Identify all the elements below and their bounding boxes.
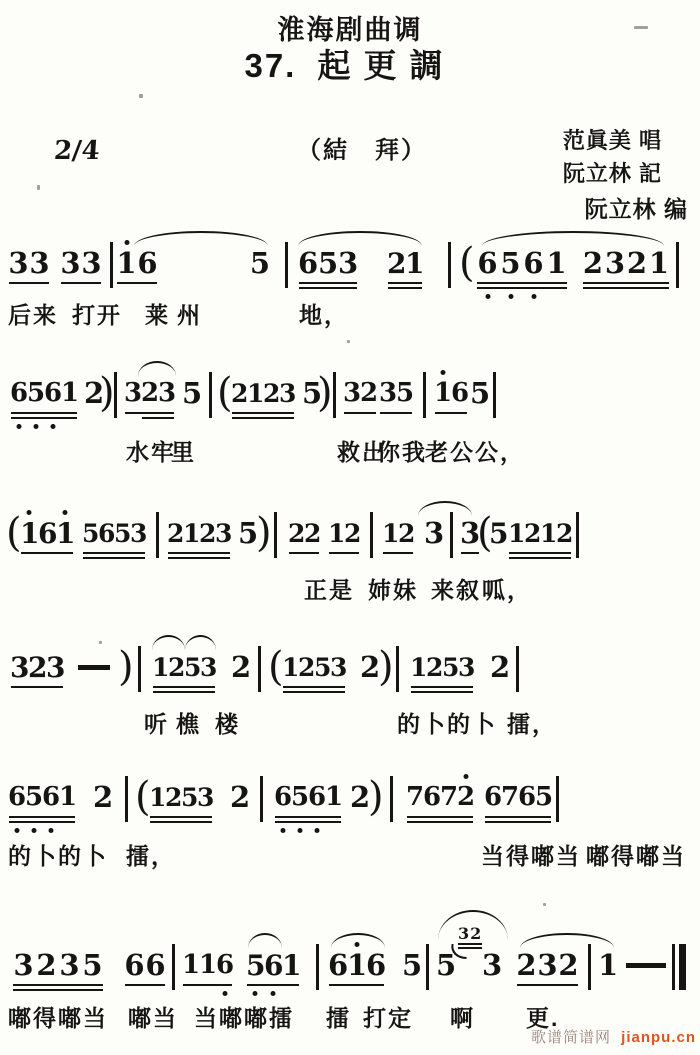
beam-underline [411, 691, 473, 694]
note-digit: 5 [82, 518, 98, 549]
beam-underline [477, 282, 567, 285]
note-digit: 3 [279, 378, 295, 409]
note-digit: 2 [231, 652, 251, 683]
beam-underline [9, 816, 75, 819]
lyric-text: 啊 [450, 1000, 475, 1033]
barline [274, 512, 277, 558]
note-group: 2 [231, 652, 251, 683]
scan-speck [37, 185, 40, 190]
low-octave-dot [16, 424, 21, 429]
barline [516, 646, 519, 692]
slur-arc [185, 635, 216, 650]
note-group: 33 [60, 248, 102, 279]
duration-dash [626, 963, 666, 968]
note-digit: 2 [360, 652, 380, 683]
note-digit: 6 [451, 378, 468, 409]
note-digit: 5 [314, 652, 330, 683]
note-digit: 2 [344, 518, 360, 549]
lyric-text: 里 [171, 434, 196, 467]
note-digit: 6 [366, 950, 385, 981]
beam-underline [485, 816, 551, 819]
note-digit: 3 [604, 248, 626, 279]
beam-underline [168, 552, 230, 555]
note-digit: 2 [231, 378, 247, 409]
note-digit: 7 [440, 782, 457, 813]
lyric-text: 你我 [377, 434, 427, 467]
note-group: 1 [598, 950, 618, 981]
note-digit: 1 [410, 652, 426, 683]
note-digit: 2 [165, 782, 181, 813]
beam-underline [485, 821, 551, 824]
note-group: 5653 [82, 518, 146, 549]
note-digit: 3 [338, 248, 358, 279]
note-digit: 3 [200, 652, 216, 683]
beam-underline [477, 287, 567, 290]
barline [333, 372, 336, 418]
barline [172, 944, 175, 990]
note-group: 3235 [12, 950, 104, 981]
note-digit: 3 [379, 378, 396, 409]
slur-arc [134, 231, 268, 246]
note-digit: 1 [282, 950, 300, 981]
note-group: 6561 [8, 782, 76, 813]
lyric-text: 当嘟嘟擂 [194, 1000, 294, 1033]
note-digit: 5 [182, 378, 202, 409]
note-digit: 3 [46, 652, 64, 683]
beam-underline [83, 557, 145, 560]
barline [114, 372, 117, 418]
phrase-parenthesis: ) [317, 371, 333, 415]
beam-underline [407, 821, 473, 824]
beam-underline [168, 557, 230, 560]
note-group: 16 [434, 378, 468, 409]
note-group: 32 [343, 378, 377, 409]
note-digit: 5 [402, 950, 422, 981]
note-digit: 6 [298, 248, 318, 279]
low-octave-dot [271, 991, 276, 996]
note-digit: 6 [145, 950, 166, 981]
note-digit: 1 [247, 378, 263, 409]
lyric-text: 公， [475, 434, 525, 467]
note-group: 561 [246, 950, 300, 981]
note-digit: 1 [152, 652, 168, 683]
note-digit: 1 [325, 782, 342, 813]
note-digit: 5 [436, 950, 456, 981]
scan-speck [139, 94, 143, 98]
beam-underline [583, 282, 669, 285]
note-group: 323 [124, 378, 175, 409]
note-group: 1212 [508, 518, 572, 549]
note-digit: 5 [184, 652, 200, 683]
lyric-text: 擂 [326, 1000, 351, 1033]
note-digit: 2 [350, 782, 370, 813]
lyric-text: 嘟得嘟当 [8, 1000, 108, 1033]
note-digit: 5 [25, 782, 42, 813]
note-digit: 2 [490, 652, 510, 683]
barline [576, 512, 579, 558]
note-digit: 3 [158, 378, 175, 409]
lyric-text: 的卜的卜 [8, 838, 108, 871]
note-digit: 5 [470, 378, 490, 409]
slur-arc [438, 910, 508, 940]
note-digit: 2 [558, 950, 579, 981]
note-digit: 5 [114, 518, 130, 549]
note-digit: 6 [124, 950, 145, 981]
note-group: 3 [482, 950, 502, 981]
note-digit: 1 [116, 248, 137, 279]
beam-underline [125, 984, 165, 987]
beam-underline [117, 282, 157, 285]
note-group: 2 [490, 652, 510, 683]
barline [588, 944, 591, 990]
note-digit: 7 [501, 782, 518, 813]
note-digit: 6 [423, 782, 440, 813]
beam-underline [380, 412, 412, 415]
lyric-text: 地， [299, 297, 349, 330]
note-digit: 6 [274, 782, 291, 813]
note-digit: 2 [304, 518, 320, 549]
note-digit: 3 [124, 378, 141, 409]
beam-underline [329, 984, 384, 987]
note-digit: 2 [141, 378, 158, 409]
barline [110, 242, 113, 288]
note-group: 2321 [582, 248, 670, 279]
phrase-parenthesis: ) [368, 775, 384, 819]
note-digit: 5 [318, 248, 338, 279]
beam-underline [9, 282, 49, 285]
low-octave-dot [222, 991, 227, 996]
note-digit: 1 [508, 518, 524, 549]
note-digit: 6 [216, 950, 233, 981]
lyric-text: 擂， [507, 706, 557, 739]
beam-underline [11, 417, 77, 420]
barline [556, 776, 559, 822]
phrase-parenthesis: ) [378, 645, 394, 689]
beam-underline [183, 984, 232, 987]
high-octave-dot [440, 370, 445, 375]
note-group: 22 [288, 518, 320, 549]
note-group: 1253 [282, 652, 346, 683]
slur-arc [138, 361, 176, 376]
note-digit: 3 [458, 652, 474, 683]
beam-underline [299, 287, 357, 290]
beam-underline [283, 691, 345, 694]
note-group: 2 [350, 782, 370, 813]
low-octave-dot [508, 294, 513, 299]
note-digit: 3 [482, 950, 502, 981]
note-digit: 2 [516, 950, 537, 981]
note-digit: 2 [582, 248, 604, 279]
beam-underline [388, 282, 422, 285]
note-digit: 5 [535, 782, 552, 813]
note-group: 2 [360, 652, 380, 683]
note-digit: 2 [199, 518, 215, 549]
low-octave-dot [280, 828, 285, 833]
note-digit: 2 [626, 248, 648, 279]
barline [260, 776, 263, 822]
note-digit: 2 [298, 652, 314, 683]
lyric-text: 楼 [215, 706, 240, 739]
beam-underline [13, 984, 103, 987]
slur-arc [520, 933, 614, 948]
note-digit: 3 [130, 518, 146, 549]
note-group: 2123 [231, 378, 295, 409]
lyric-text: 呱， [482, 572, 532, 605]
note-group: 2 [93, 782, 113, 813]
beam-underline [142, 417, 174, 420]
watermark-site-url[interactable]: jianpu.cn [621, 1029, 696, 1046]
beam-underline [411, 686, 473, 689]
note-digit: 3 [8, 248, 29, 279]
note-digit: 1 [282, 652, 298, 683]
phrase-parenthesis: ) [118, 645, 134, 689]
beam-underline [125, 412, 174, 415]
barline [285, 242, 288, 288]
note-digit: 3 [330, 652, 346, 683]
note-digit: 1 [540, 518, 556, 549]
note-digit: 3 [58, 950, 81, 981]
note-group: 33 [8, 248, 50, 279]
note-group: 323 [10, 652, 64, 683]
note-digit: 2 [263, 378, 279, 409]
note-digit: 3 [197, 782, 213, 813]
note-digit: 1 [405, 248, 423, 279]
low-octave-dot [531, 294, 536, 299]
low-octave-dot [33, 424, 38, 429]
low-octave-dot [48, 828, 53, 833]
note-group: 21 [387, 248, 423, 279]
note-digit: 1 [199, 950, 216, 981]
note-digit: 6 [137, 248, 158, 279]
note-group: 5 [249, 248, 271, 279]
note-digit: 5 [238, 518, 258, 549]
score-area: 333316565321(65612321后来打开莱州地，65612)3235(… [0, 0, 700, 1055]
note-digit: 5 [81, 950, 104, 981]
note-group: 6765 [484, 782, 552, 813]
beam-underline [509, 557, 571, 560]
note-digit: 2 [524, 518, 540, 549]
note-group: 616 [328, 950, 385, 981]
lyric-text: 樵 [176, 706, 201, 739]
scan-speck [347, 340, 350, 343]
beam-underline [509, 552, 571, 555]
lyric-text: 来叙 [431, 572, 481, 605]
note-digit: 3 [10, 652, 28, 683]
note-digit: 6 [98, 518, 114, 549]
watermark-site-name: 歌谱简谱网 [531, 1029, 611, 1046]
low-octave-dot [485, 294, 490, 299]
note-digit: 3 [29, 248, 50, 279]
beam-underline [517, 984, 578, 987]
note-digit: 3 [537, 950, 558, 981]
note-digit: 6 [10, 378, 27, 409]
note-digit: 6 [328, 950, 347, 981]
lyric-text: 当得嘟当 [481, 838, 581, 871]
note-digit: 1 [149, 782, 165, 813]
note-digit: 1 [20, 518, 38, 549]
note-digit: 2 [288, 518, 304, 549]
note-digit: 3 [215, 518, 231, 549]
note-digit: 3 [12, 950, 35, 981]
note-digit: 2 [168, 652, 184, 683]
note-group: 5 [489, 518, 507, 549]
high-octave-dot [63, 510, 68, 515]
scan-speck [543, 903, 546, 906]
lyric-text: 老公 [425, 434, 475, 467]
beam-underline [275, 816, 341, 819]
watermark: 歌谱简谱网 jianpu.cn [531, 1026, 696, 1047]
barline [448, 242, 451, 288]
lyric-text: 嘟得嘟当 [586, 838, 686, 871]
phrase-parenthesis: ) [99, 371, 115, 415]
slur-arc [331, 933, 385, 948]
note-digit: 6 [518, 782, 535, 813]
note-group: 116 [182, 950, 233, 981]
low-octave-dot [31, 828, 36, 833]
beam-underline [153, 691, 215, 694]
beam-underline [329, 552, 359, 555]
high-octave-dot [463, 774, 468, 779]
note-digit: 2 [426, 652, 442, 683]
lyric-text: 擂， [126, 838, 176, 871]
note-digit: 6 [38, 518, 56, 549]
barline [396, 646, 399, 692]
note-digit: 5 [489, 518, 507, 549]
note-group: 12 [328, 518, 360, 549]
lyric-text: 的卜的卜 [397, 706, 497, 739]
note-digit: 1 [59, 782, 76, 813]
high-octave-dot [124, 240, 129, 245]
note-digit: 6 [522, 248, 545, 279]
low-octave-dot [253, 991, 258, 996]
note-digit: 1 [61, 378, 78, 409]
note-digit: 2 [398, 518, 414, 549]
slur-arc [152, 635, 185, 650]
beam-underline [388, 287, 422, 290]
final-barline [672, 944, 686, 990]
note-group: 3 [424, 518, 444, 549]
barline [209, 372, 212, 418]
note-digit: 3 [343, 378, 360, 409]
beam-underline [232, 412, 294, 415]
note-digit: 5 [442, 652, 458, 683]
note-group: 232 [516, 950, 579, 981]
note-digit: 6 [42, 782, 59, 813]
phrase-parenthesis: ( [459, 241, 475, 285]
note-digit: 2 [457, 782, 474, 813]
beam-underline [289, 552, 319, 555]
lyric-text: 正是 [304, 572, 354, 605]
note-digit: 2 [360, 378, 377, 409]
note-group: 653 [298, 248, 358, 279]
note-digit: 1 [183, 518, 199, 549]
beam-underline [83, 552, 145, 555]
beam-underline [283, 686, 345, 689]
beam-underline [11, 686, 63, 689]
beam-underline [9, 821, 75, 824]
beam-underline [11, 412, 77, 415]
high-octave-dot [27, 510, 32, 515]
barline [423, 372, 426, 418]
beam-underline [21, 552, 73, 555]
note-digit: 1 [382, 518, 398, 549]
beam-underline [275, 821, 341, 824]
low-octave-dot [14, 828, 19, 833]
note-digit: 2 [556, 518, 572, 549]
note-group: 7672 [406, 782, 474, 813]
scan-speck [99, 641, 102, 644]
note-digit: 5 [246, 950, 264, 981]
sheet-music-page: 淮海剧曲调 37. 起更調 2/4 （結 拜） 范眞美 唱 阮立林 記 阮立林 … [0, 0, 700, 1055]
note-digit: 5 [181, 782, 197, 813]
note-digit: 5 [499, 248, 522, 279]
note-digit: 5 [291, 782, 308, 813]
note-digit: 2 [387, 248, 405, 279]
note-group: 5 [402, 950, 422, 981]
note-group: 16 [116, 248, 158, 279]
note-digit: 1 [182, 950, 199, 981]
barline [450, 512, 453, 558]
note-digit: 1 [328, 518, 344, 549]
low-octave-dot [314, 828, 319, 833]
scan-speck [634, 26, 648, 29]
slur-arc [482, 231, 664, 246]
phrase-parenthesis: ) [256, 511, 272, 555]
beam-underline [153, 686, 215, 689]
slur-arc [298, 231, 422, 246]
note-digit: 6 [484, 782, 501, 813]
note-digit: 1 [598, 950, 618, 981]
note-group: 1253 [410, 652, 474, 683]
beam-underline [583, 287, 669, 290]
barline [316, 944, 319, 990]
barline [426, 944, 429, 990]
note-digit: 3 [60, 248, 81, 279]
note-digit: 1 [648, 248, 670, 279]
note-digit: 2 [167, 518, 183, 549]
beam-underline [344, 412, 376, 415]
lyric-text: 嘟当 [128, 1000, 178, 1033]
note-group: 12 [382, 518, 414, 549]
note-digit: 1 [434, 378, 451, 409]
note-digit: 6 [476, 248, 499, 279]
note-digit: 3 [424, 518, 444, 549]
barline [138, 646, 141, 692]
note-group: 1253 [149, 782, 213, 813]
beam-underline [61, 282, 101, 285]
lyric-text: 打定 [363, 1000, 413, 1033]
note-digit: 6 [8, 782, 25, 813]
duration-dash [78, 665, 110, 670]
barline [493, 372, 496, 418]
lyric-text: 莱 [145, 297, 170, 330]
beam-underline [247, 984, 299, 987]
note-digit: 6 [264, 950, 282, 981]
note-group: 2 [230, 782, 250, 813]
low-octave-dot [297, 828, 302, 833]
slur-arc [418, 501, 472, 516]
note-digit: 6 [44, 378, 61, 409]
lyric-text: 后来 [8, 297, 58, 330]
lyric-text: 打开 [72, 297, 122, 330]
note-group: 5 [182, 378, 202, 409]
beam-underline [383, 552, 413, 555]
slur-arc [248, 933, 282, 948]
note-group: 6561 [10, 378, 78, 409]
note-digit: 5 [249, 248, 271, 279]
lyric-text: 水牢 [126, 434, 176, 467]
note-group: 2123 [167, 518, 231, 549]
